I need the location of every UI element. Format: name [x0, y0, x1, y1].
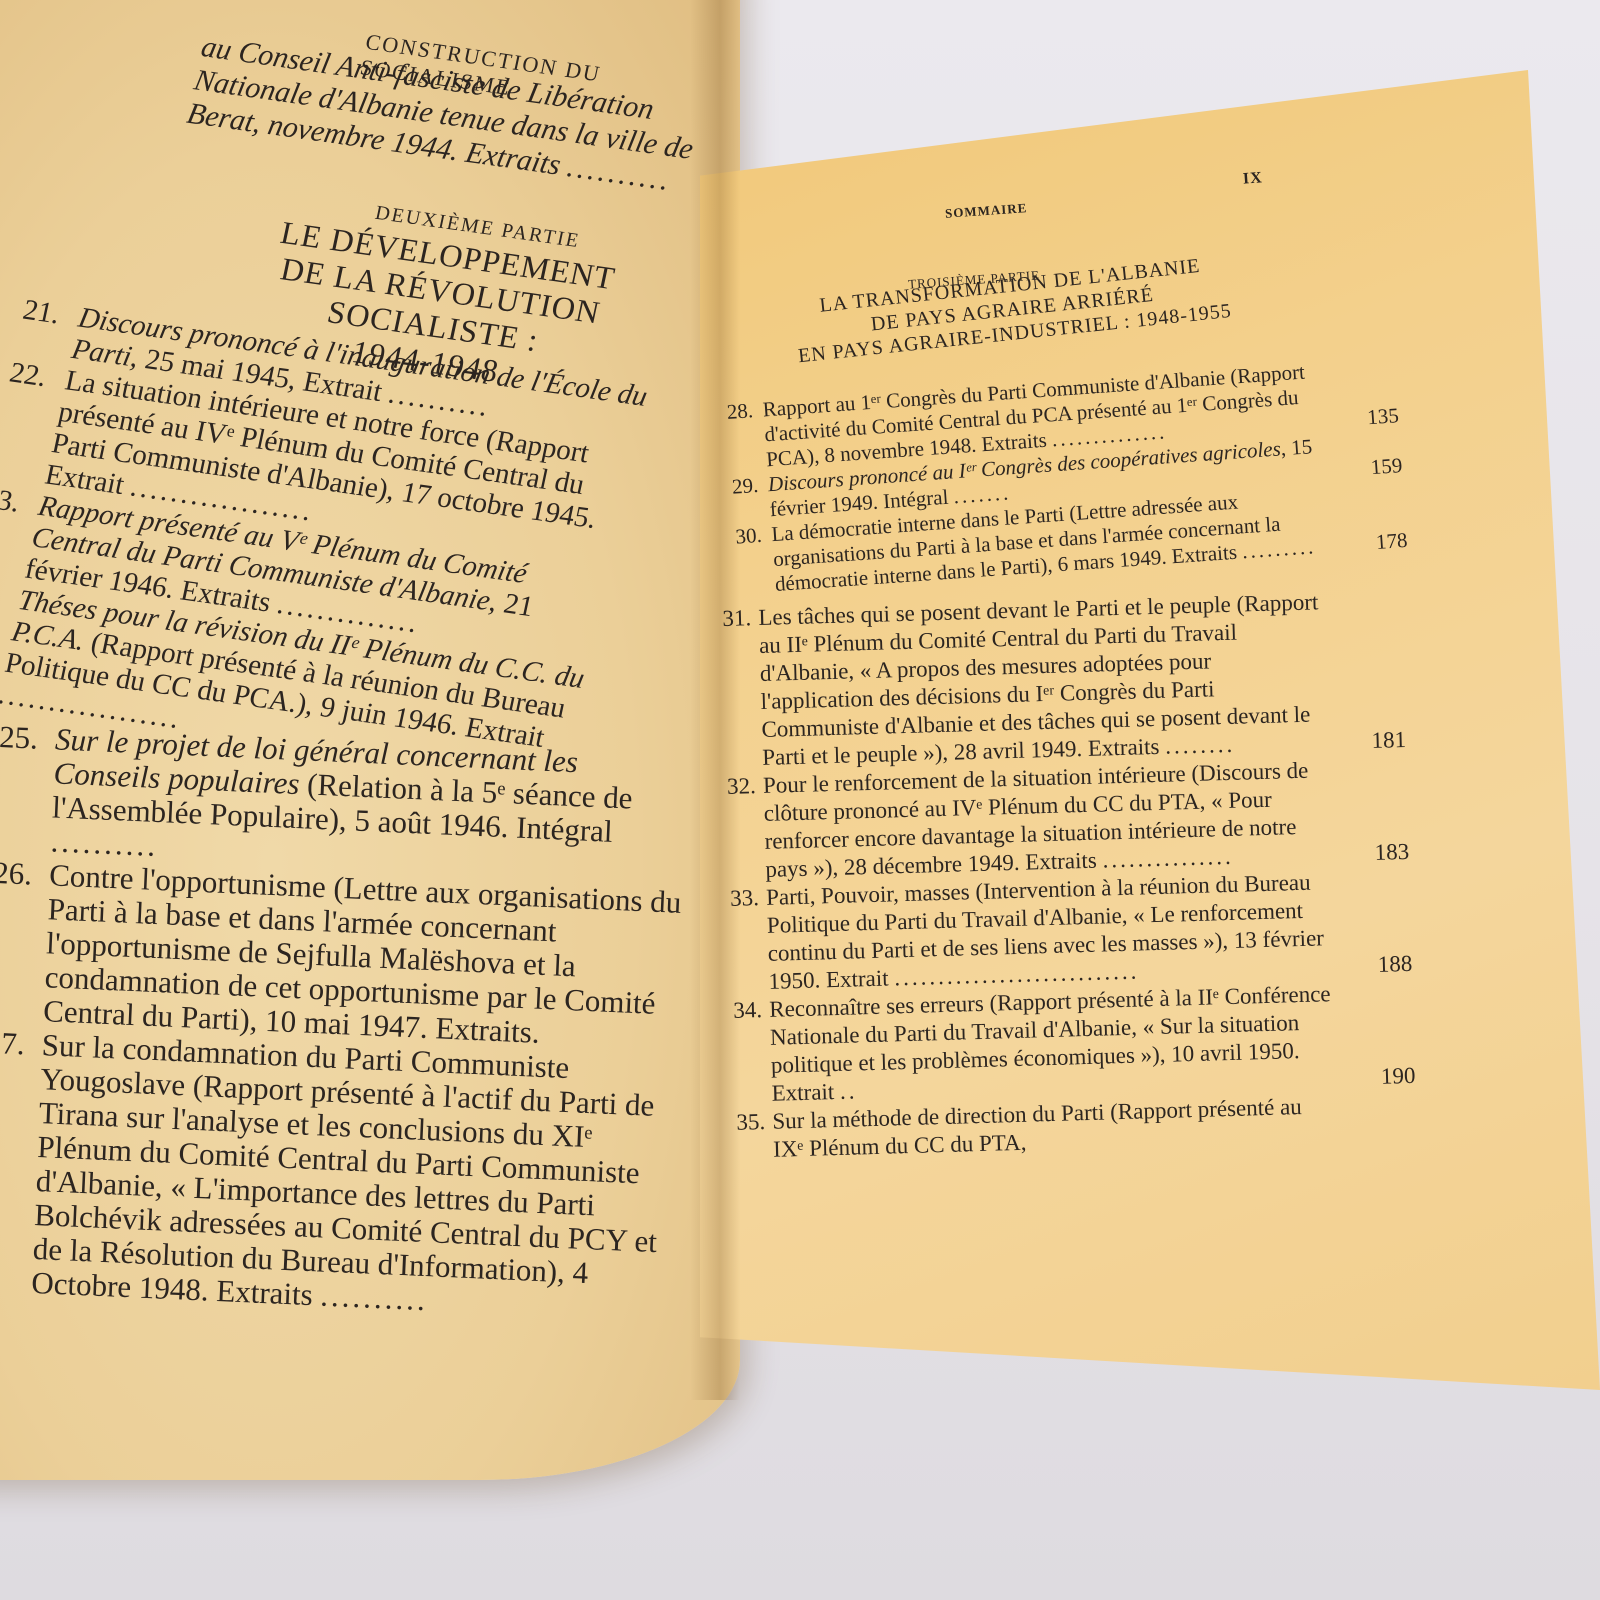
- toc-entry[interactable]: 33. Parti, Pouvoir, masses (Intervention…: [730, 868, 1333, 997]
- page-ref: 135: [1366, 403, 1399, 430]
- page-ref: 188: [1377, 950, 1412, 979]
- page-number: IX: [1242, 169, 1263, 188]
- toc-entry[interactable]: 32. Pour le renforcement de la situation…: [727, 756, 1330, 885]
- toc-entries-right-lower: 31. Les tâches qui se posent devant le P…: [722, 588, 1337, 1165]
- toc-entry[interactable]: 31. Les tâches qui se posent devant le P…: [722, 588, 1326, 773]
- page-ref: 190: [1381, 1062, 1416, 1091]
- book-photo: CONSTRUCTION DU SOCIALISME au Conseil An…: [0, 0, 1600, 1600]
- page-ref: 183: [1374, 838, 1409, 867]
- toc-entry[interactable]: 26. Contre l'opportunisme (Lettre aux or…: [0, 856, 683, 1056]
- toc-entries-left-lower: 25. Sur le projet de loi général concern…: [0, 720, 689, 1328]
- page-ref: 159: [1370, 453, 1403, 480]
- toc-entry[interactable]: 34. Reconnaître ses erreurs (Rapport pré…: [733, 980, 1336, 1109]
- page-ref: 178: [1375, 528, 1408, 555]
- toc-entries-left-upper: 21. Discours prononcé à l'inauguration d…: [0, 294, 661, 791]
- page-ref: 181: [1371, 726, 1406, 755]
- toc-entries-right-upper: 28. Rapport au 1ᵉʳ Congrès du Parti Comm…: [726, 358, 1338, 599]
- toc-entry[interactable]: 27. Sur la condamnation du Parti Communi…: [0, 1026, 676, 1328]
